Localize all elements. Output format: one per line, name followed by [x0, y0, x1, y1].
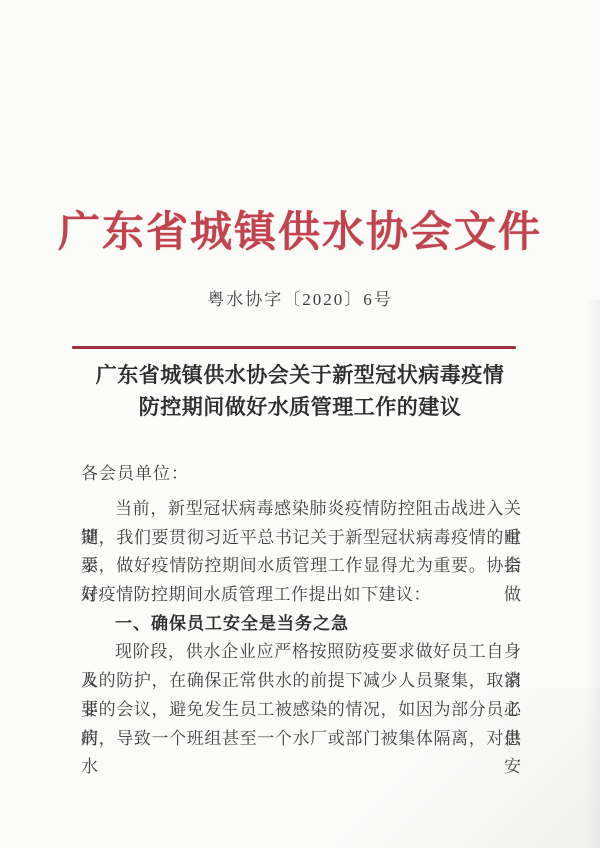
section1-heading: 一、确保员工安全是当务之急	[81, 610, 521, 639]
paragraph1-line-1: 当前，新型冠状病毒感染肺炎疫情防控阻击战进入关键时	[81, 495, 521, 524]
paragraph2-line-2: 人的防护，在确保正常供水的前提下减少人员聚集，取消非必	[81, 667, 521, 696]
red-header-divider-rule	[72, 346, 516, 349]
paragraph1-line-3: 示，做好疫情防控期间水质管理工作显得尤为重要。协会对做	[81, 552, 521, 581]
document-title: 广东省城镇供水协会关于新型冠状病毒疫情 防控期间做好水质管理工作的建议	[0, 359, 600, 423]
scanned-document-page: 广东省城镇供水协会文件 粤水协字〔2020〕6号 广东省城镇供水协会关于新型冠状…	[0, 0, 600, 848]
document-number: 粤水协字〔2020〕6号	[0, 285, 600, 310]
salutation: 各会员单位：	[81, 459, 521, 489]
red-header-org-title: 广东省城镇供水协会文件	[0, 199, 600, 259]
paragraph1-line-2: 期，我们要贯彻习近平总书记关于新型冠状病毒疫情的重要指	[81, 524, 521, 553]
paragraph2-line-3: 要的会议，避免发生员工被感染的情况，如因为部分员工的患	[81, 696, 521, 725]
document-title-line1: 广东省城镇供水协会关于新型冠状病毒疫情	[0, 359, 600, 391]
document-body: 各会员单位： 当前，新型冠状病毒感染肺炎疫情防控阻击战进入关键时 期，我们要贯彻…	[81, 459, 521, 753]
paragraph2-line-1: 现阶段，供水企业应严格按照防疫要求做好员工自身及家	[81, 638, 521, 667]
document-title-line2: 防控期间做好水质管理工作的建议	[0, 391, 600, 423]
paragraph2-line-4: 病，导致一个班组甚至一个水厂或部门被集体隔离，对供水安	[81, 725, 521, 754]
